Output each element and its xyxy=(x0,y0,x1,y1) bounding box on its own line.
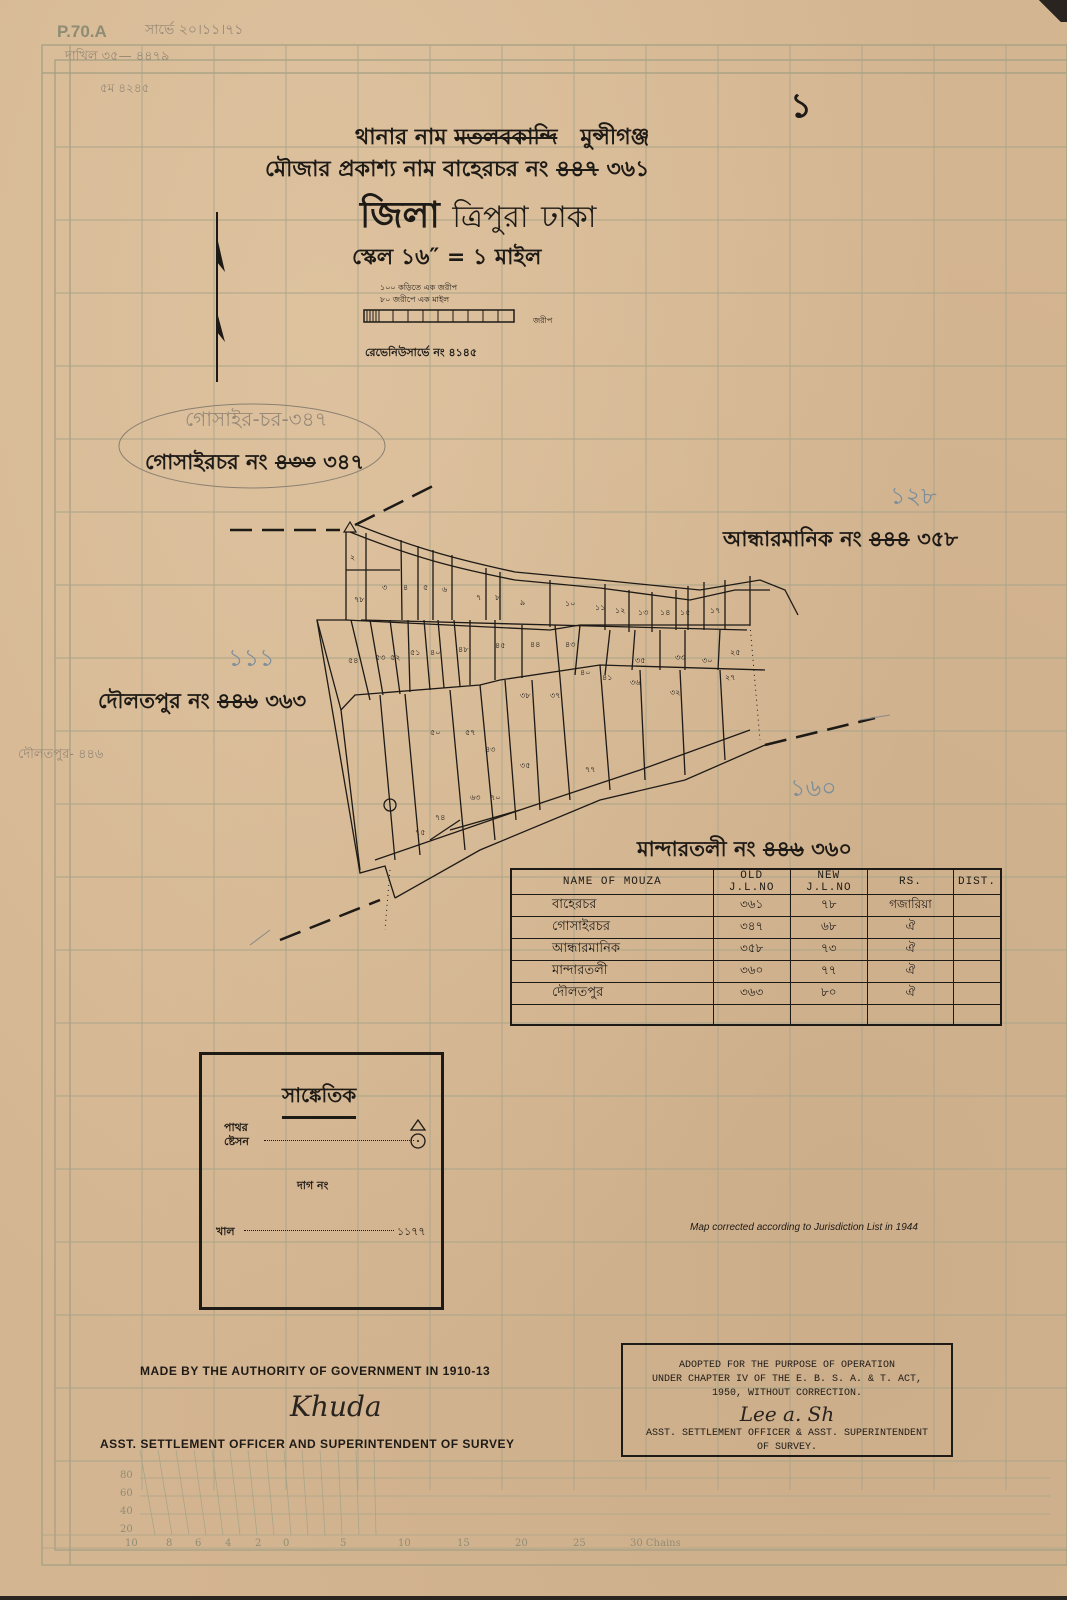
svg-text:৩৬: ৩৬ xyxy=(630,678,640,687)
district-old: ত্রিপুরা xyxy=(452,200,528,235)
svg-text:৪: ৪ xyxy=(403,583,408,592)
table-row xyxy=(511,1005,1001,1026)
legend-box: সাঙ্কেতিক পাথর ষ্টেসন দাগ নং খাল ১১৭৭ xyxy=(199,1052,444,1310)
mouza-label: মৌজার প্রকাশ্য নাম xyxy=(265,157,435,182)
pencil-note-left: দৌলতপুর- ৪৪৬ xyxy=(18,745,103,766)
svg-text:৫৩: ৫৩ xyxy=(375,653,385,662)
mouza-no-new: ৩৬১ xyxy=(607,157,650,182)
mouza-no-prefix: নং xyxy=(526,157,549,182)
pencil-gosairchar: গোসাইর-চর-৩৪৭ xyxy=(185,405,328,438)
svg-text:২৭: ২৭ xyxy=(725,673,735,682)
svg-text:৭: ৭ xyxy=(476,593,481,602)
svg-text:১২: ১২ xyxy=(615,606,625,615)
svg-text:১৫: ১৫ xyxy=(680,608,690,617)
svg-text:৩২: ৩২ xyxy=(670,688,680,697)
col-ps: RS. xyxy=(867,869,953,895)
svg-text:৪৫: ৪৫ xyxy=(495,641,505,650)
adopted-line-1: ADOPTED FOR THE PURPOSE OF OPERATION xyxy=(623,1359,951,1373)
svg-text:৫০: ৫০ xyxy=(430,728,440,737)
mouza-table: NAME OF MOUZA OLD J.L.NO NEW J.L.NO RS. … xyxy=(510,868,1002,1026)
svg-text:৬: ৬ xyxy=(442,585,447,594)
svg-text:২৫: ২৫ xyxy=(730,648,740,657)
district-line: জিলা ত্রিপুরা ঢাকা xyxy=(360,188,596,248)
table-row: দৌলতপুর ৩৬৩ ৮০ ঐ xyxy=(511,983,1001,1005)
svg-text:১৭: ১৭ xyxy=(710,606,720,615)
svg-text:১৩: ১৩ xyxy=(638,608,648,617)
svg-text:৪০: ৪০ xyxy=(580,668,590,677)
adopted-line-2: UNDER CHAPTER IV OF THE E. B. S. A. & T.… xyxy=(623,1373,951,1387)
svg-text:৪০: ৪০ xyxy=(430,648,440,657)
pencil-note-5m: ৫ম ৪২৪৫ xyxy=(100,80,149,100)
col-new-jl-no: NEW J.L.NO xyxy=(790,869,867,895)
svg-text:৩৩: ৩৩ xyxy=(675,653,685,662)
district-label: জিলা xyxy=(360,195,440,236)
legend-title: সাঙ্কেতিক xyxy=(282,1081,356,1119)
adopted-line-3: 1950, WITHOUT CORRECTION. xyxy=(623,1387,951,1401)
svg-text:৯: ৯ xyxy=(520,598,525,607)
district-new: ঢাকা xyxy=(541,200,596,235)
svg-text:১০: ১০ xyxy=(565,599,575,608)
scale-unit: জরীপ xyxy=(533,315,552,328)
svg-text:৪৮: ৪৮ xyxy=(458,645,469,654)
legend-khal-value: ১১৭৭ xyxy=(397,1223,426,1242)
corrected-note: Map corrected according to Jurisdiction … xyxy=(690,1222,918,1233)
svg-text:৭৪: ৭৪ xyxy=(435,813,445,822)
svg-text:৭০: ৭০ xyxy=(490,793,500,802)
svg-text:৭৫: ৭৫ xyxy=(415,828,425,837)
svg-text:৬৩: ৬৩ xyxy=(470,793,480,802)
right-signatory-title-2: OF SURVEY. xyxy=(623,1441,951,1455)
table-row: মান্দারতলী ৩৬০ ৭৭ ঐ xyxy=(511,961,1001,983)
scale-text: স্কেল ১৬″ = ১ মাইল xyxy=(352,240,541,277)
north-arrow-icon xyxy=(208,212,228,382)
scale-line-2: ৮০ জরীপে এক মাইল xyxy=(380,294,449,307)
svg-text:৭৭: ৭৭ xyxy=(585,765,595,774)
svg-text:৫৪: ৫৪ xyxy=(348,656,358,665)
triangle-circle-icon xyxy=(409,1119,427,1151)
cadastral-map-sheet: P.70.A সার্ভে ২০।১১।৭১ দাখিল ৩৫— ৪৪৭৯ ৫ম… xyxy=(0,0,1067,1600)
right-signature: Lee a. Sh xyxy=(623,1401,951,1427)
mouza-no-old: ৪৪৭ xyxy=(556,157,599,182)
legend-dag-label: দাগ নং xyxy=(297,1177,328,1196)
svg-text:৪৩: ৪৩ xyxy=(565,640,575,649)
left-signature: Khuda xyxy=(290,1390,382,1423)
svg-text:৮: ৮ xyxy=(495,593,501,602)
pencil-note-survey: সার্ভে ২০।১১।৭১ xyxy=(145,18,243,42)
table-row: আন্ধারমানিক ৩৫৮ ৭৩ ঐ xyxy=(511,939,1001,961)
svg-text:৩৫: ৩৫ xyxy=(520,761,530,770)
svg-text:৫৭: ৫৭ xyxy=(465,728,475,737)
svg-text:৩০: ৩০ xyxy=(702,656,712,665)
thana-new: মুন্সীগঞ্জ xyxy=(580,125,649,150)
table-header-row: NAME OF MOUZA OLD J.L.NO NEW J.L.NO RS. … xyxy=(511,869,1001,895)
col-dist: DIST. xyxy=(953,869,1001,895)
svg-text:৩৫: ৩৫ xyxy=(635,656,645,665)
svg-text:২: ২ xyxy=(350,553,355,562)
left-signatory-title: ASST. SETTLEMENT OFFICER AND SUPERINTEND… xyxy=(100,1437,515,1451)
sheet-edge xyxy=(0,1596,1067,1600)
svg-text:৪৩: ৪৩ xyxy=(485,745,495,754)
svg-text:১১: ১১ xyxy=(595,603,605,612)
svg-text:৩৭: ৩৭ xyxy=(550,691,560,700)
thana-old: মতলবকান্দি xyxy=(454,125,557,150)
svg-text:৪৪: ৪৪ xyxy=(530,640,540,649)
revenue-survey-number: রেভেনিউসার্ভে নং ৪১৪৫ xyxy=(365,344,477,363)
svg-text:৫১: ৫১ xyxy=(410,648,420,657)
col-name-of-mouza: NAME OF MOUZA xyxy=(511,869,713,895)
svg-text:৭৮: ৭৮ xyxy=(354,595,365,604)
boundary-gosairchar: গোসাইরচর নং ৪৩৩ ৩৪৭ xyxy=(145,446,364,481)
col-old-jl-no: OLD J.L.NO xyxy=(713,869,790,895)
right-signatory-title-1: ASST. SETTLEMENT OFFICER & ASST. SUPERIN… xyxy=(623,1427,951,1441)
svg-text:১৪: ১৪ xyxy=(660,608,670,617)
table-row: গোসাইরচর ৩৪৭ ৬৮ ঐ xyxy=(511,917,1001,939)
table-row: বাহেরচর ৩৬১ ৭৮ গজারিয়া xyxy=(511,895,1001,917)
chain-scale: 10 8 6 4 2 0 5 10 15 20 25 30 Chains xyxy=(0,1520,1067,1565)
svg-text:৩: ৩ xyxy=(382,583,387,592)
pencil-note-dakhil: দাখিল ৩৫— ৪৪৭৯ xyxy=(65,47,169,68)
thana-label: থানার নাম xyxy=(355,125,447,150)
adopted-stamp-box: ADOPTED FOR THE PURPOSE OF OPERATION UND… xyxy=(621,1343,953,1457)
svg-text:৫২: ৫২ xyxy=(390,653,400,662)
svg-text:৫: ৫ xyxy=(423,583,428,592)
svg-text:৪১: ৪১ xyxy=(602,673,612,682)
mouza-name: বাহেরচর xyxy=(443,157,518,182)
torn-corner xyxy=(1027,0,1067,22)
made-by-text: MADE BY THE AUTHORITY OF GOVERNMENT IN 1… xyxy=(140,1364,490,1378)
legend-station-label: ষ্টেসন xyxy=(224,1133,249,1152)
legend-khal-label: খাল xyxy=(216,1223,235,1242)
mouza-line: মৌজার প্রকাশ্য নাম বাহেরচর নং ৪৪৭ ৩৬১ xyxy=(265,152,649,189)
svg-text:৩৮: ৩৮ xyxy=(520,691,531,700)
form-number: P.70.A xyxy=(57,22,107,42)
sheet-number-mark: ১ xyxy=(790,80,812,137)
